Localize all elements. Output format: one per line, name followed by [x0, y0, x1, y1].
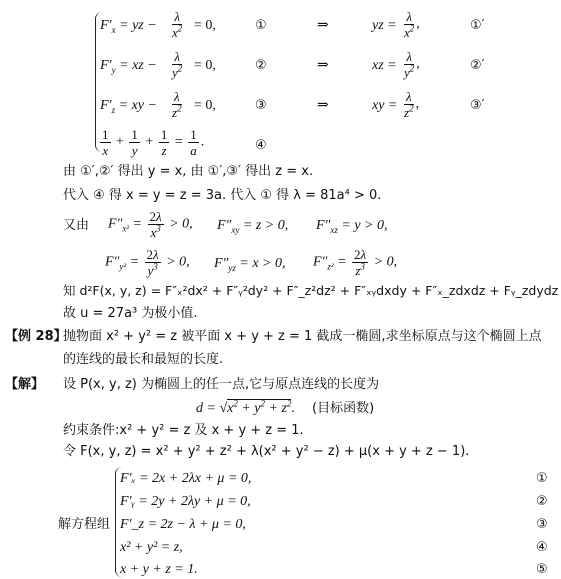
objective-note: (目标函数): [312, 402, 374, 415]
equation-3-rhs: = 0,: [194, 99, 216, 113]
system-label: 解方程组: [58, 518, 110, 531]
derivation-line-2: 代入 ④ 得 x = y = z = 3a. 代入 ① 得 λ = 81a⁴ >…: [63, 189, 381, 202]
second-derivative-zz: F″z² = 2λz3 > 0,: [313, 248, 397, 277]
equation-4: 1x + 1y + 1z = 1a.: [98, 128, 204, 157]
second-derivative-yz: F″yz = x > 0,: [214, 257, 286, 271]
system-eq-4: x² + y² = z,: [120, 541, 183, 555]
equation-1-rhs: = 0,: [194, 19, 216, 33]
system-tag-5: ⑤: [536, 563, 548, 576]
equation-1: F′x = yz −: [100, 19, 157, 33]
equation-3: F′z = xy −: [100, 99, 157, 113]
system-eq-3: F′_z = 2z − λ + μ = 0,: [120, 518, 246, 532]
example-label: 【例 28】: [5, 330, 67, 343]
equation-2-tag: ②: [255, 59, 267, 72]
result-3-fraction: λz2,: [402, 90, 419, 119]
system-eq-5: x + y + z = 1.: [120, 563, 198, 577]
result-1-fraction: λx2,: [402, 10, 420, 39]
lagrange-line: 令 F(x, y, z) = x² + y² + z² + λ(x² + y² …: [63, 445, 469, 458]
constraint-line: 约束条件:x² + y² = z 及 x + y + z = 1.: [63, 424, 304, 437]
system-eq-2: F′ᵧ = 2y + 2λy + μ = 0,: [120, 495, 251, 509]
equation-3-fraction: λz2: [170, 90, 184, 119]
result-1-tag: ①′: [470, 19, 485, 32]
second-derivative-xz: F″xz = y > 0,: [316, 219, 388, 233]
result-3-tag: ③′: [470, 99, 485, 112]
second-derivative-yy: F″y² = 2λy3 > 0,: [105, 248, 190, 277]
system-eq-1: F′ₓ = 2x + 2λx + μ = 0,: [120, 472, 251, 486]
second-derivative-xx: F″x² = 2λx3 > 0,: [108, 210, 193, 239]
example-text-2: 的连线的最长和最短的长度.: [63, 353, 223, 366]
second-derivative-prefix: 又由: [63, 219, 89, 232]
system-tag-4: ④: [536, 541, 548, 554]
hessian-line: 知 d²F(x, y, z) = F″ₓ²dx² + F″ᵧ²dy² + F″_…: [63, 285, 561, 298]
solution-text-1: 设 P(x, y, z) 为椭圆上的任一点,它与原点连线的长度为: [63, 378, 379, 391]
result-2-tag: ②′: [470, 59, 485, 72]
equation-1-tag: ①: [255, 19, 267, 32]
equation-4-tag: ④: [255, 139, 267, 152]
result-2-fraction: λy2,: [402, 50, 420, 79]
equation-3-tag: ③: [255, 99, 267, 112]
second-derivative-xy: F″xy = z > 0,: [217, 219, 288, 233]
result-1: yz =: [372, 19, 397, 33]
result-3: xy =: [372, 99, 397, 113]
example-text-1: 抛物面 x² + y² = z 被平面 x + y + z = 1 截成一椭圆,…: [63, 330, 542, 343]
implies-arrow-1: ⇒: [317, 19, 329, 33]
equation-2-rhs: = 0,: [194, 59, 216, 73]
equation-1-fraction: λx2: [170, 10, 184, 39]
system-tag-2: ②: [536, 495, 548, 508]
objective-function: d = √x2 + y2 + z2.: [196, 402, 295, 416]
equation-2-fraction: λy2: [170, 50, 184, 79]
implies-arrow-3: ⇒: [317, 99, 329, 113]
implies-arrow-2: ⇒: [317, 59, 329, 73]
system-tag-1: ①: [536, 472, 548, 485]
equation-2: F′y = xz −: [100, 59, 157, 73]
conclusion-line: 故 u = 27a³ 为极小值.: [63, 307, 198, 320]
system-tag-3: ③: [536, 518, 548, 531]
solution-label: 【解】: [5, 378, 44, 391]
derivation-line-1: 由 ①′,②′ 得出 y = x, 由 ①′,③′ 得出 z = x.: [63, 165, 313, 178]
result-2: xz =: [372, 59, 397, 73]
